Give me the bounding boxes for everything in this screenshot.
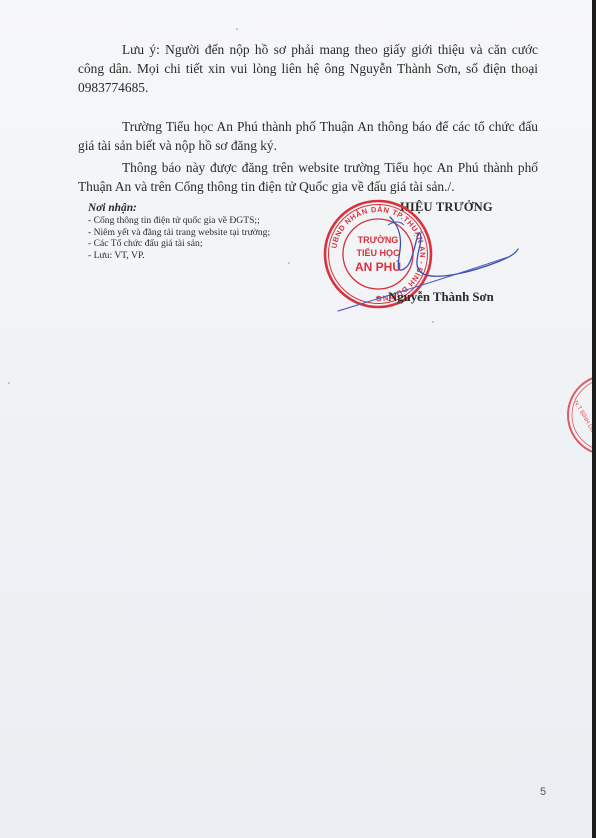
recipient-item: - Niêm yết và đăng tải trang website tại…: [88, 227, 348, 239]
recipients-title: Nơi nhận:: [88, 202, 348, 215]
notice-paragraph: Trường Tiểu học An Phú thành phố Thuận A…: [78, 117, 538, 155]
page-number: 5: [540, 786, 546, 798]
note-paragraph: Lưu ý: Người đến nộp hồ sơ phải mang the…: [78, 40, 538, 97]
publication-paragraph: Thông báo này được đăng trên website trư…: [78, 158, 538, 196]
document-page: Lưu ý: Người đến nộp hồ sơ phải mang the…: [0, 0, 592, 838]
recipient-item: - Lưu: VT, VP.: [88, 250, 348, 262]
recipient-item: - Cổng thông tin điện tử quốc gia về ĐGT…: [88, 215, 348, 227]
recipients-block: Nơi nhận: - Cổng thông tin điện tử quốc …: [88, 202, 348, 261]
partial-stamp-icon: N.T BÌNH DƯƠ: [560, 372, 596, 458]
recipient-item: - Các Tổ chức đấu giá tài sản;: [88, 238, 348, 250]
scan-edge: [592, 0, 596, 838]
signer-name: Nguyễn Thành Sơn: [388, 290, 494, 305]
